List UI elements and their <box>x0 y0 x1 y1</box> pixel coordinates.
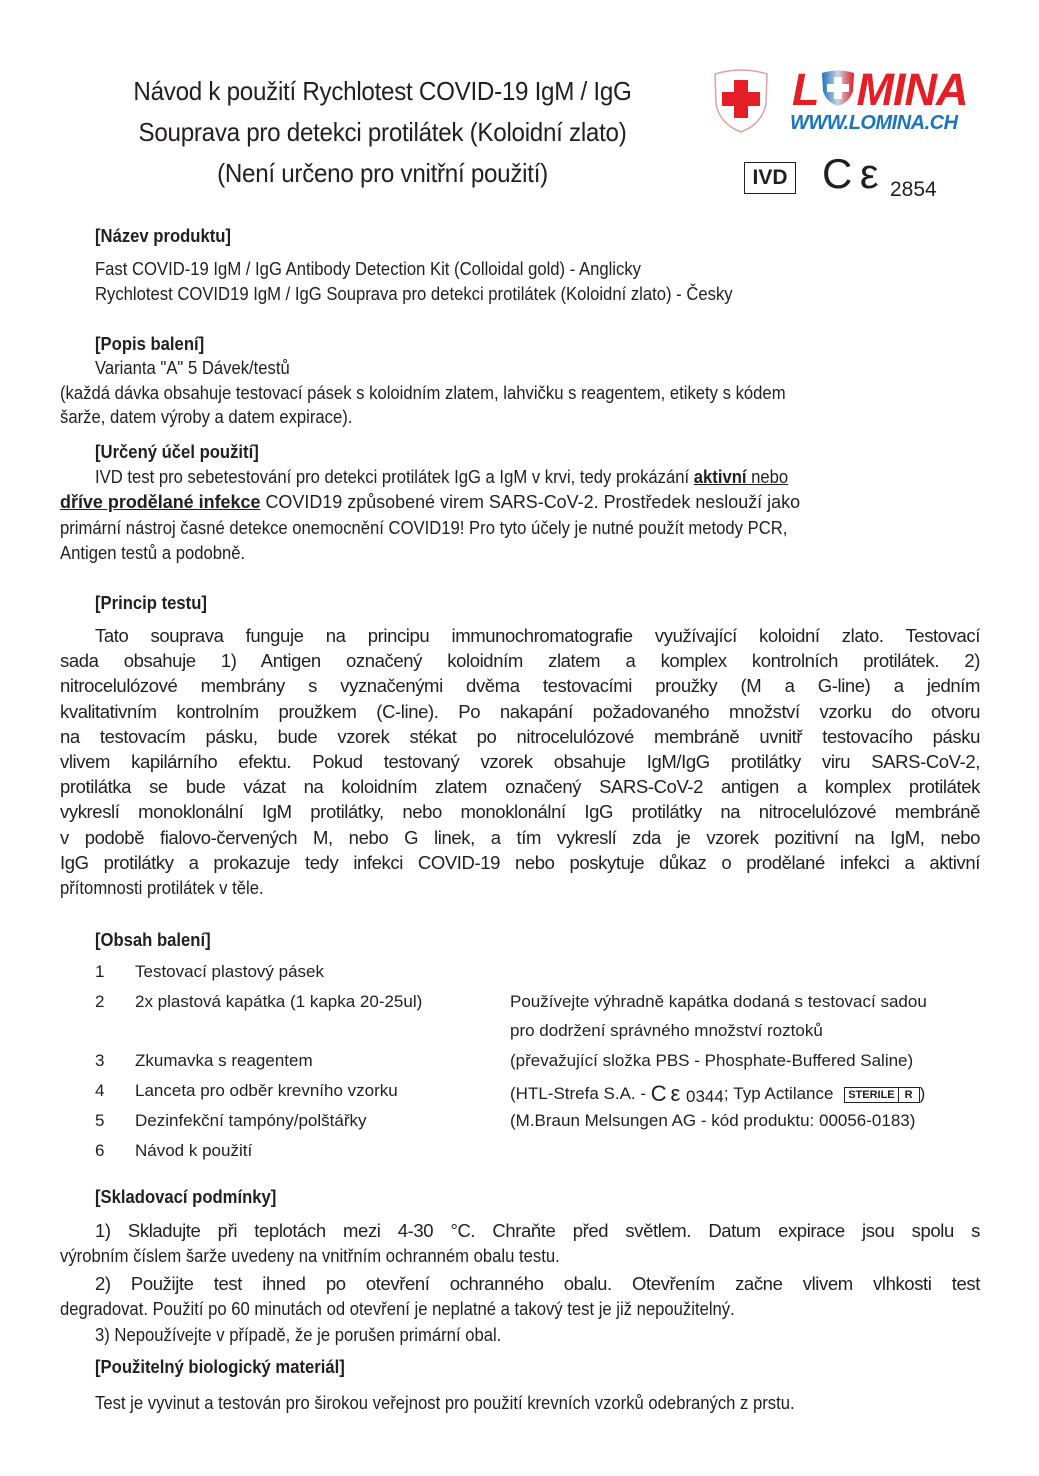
paragraph-line: nitrocelulózové membrány s vyznačenými d… <box>60 675 980 697</box>
section-heading-storage: [Skladovací podmínky] <box>95 1186 276 1208</box>
contents-item-note: (převažující složka PBS - Phosphate-Buff… <box>510 1051 913 1071</box>
section-heading-principle: [Princip testu] <box>95 592 207 614</box>
contents-item-number: 2 <box>95 992 104 1012</box>
biological-material-text: Test je vyvinut a testován pro širokou v… <box>95 1392 795 1414</box>
sterile-r-mark: STERILER <box>844 1087 919 1103</box>
paragraph-line: 2) Použijte test ihned po otevření ochra… <box>95 1273 980 1295</box>
contents-item-name: Zkumavka s reagentem <box>135 1051 313 1071</box>
intended-use-text: nebo <box>747 466 789 487</box>
section-heading-contents: [Obsah balení] <box>95 929 211 951</box>
document-title-line-2: Souprava pro detekci protilátek (Koloidn… <box>83 117 683 148</box>
section-heading-intended-use: [Určený účel použití] <box>95 441 259 463</box>
paragraph-line: vlivem kapilárního efektu. Pokud testova… <box>60 751 980 773</box>
section-heading-product-name: [Název produktu] <box>95 225 231 247</box>
document-title-line-3: (Není určeno pro vnitřní použití) <box>83 158 683 189</box>
paragraph-line: přítomnosti protilátek v těle. <box>60 877 264 899</box>
shield-o-icon <box>820 69 856 107</box>
contents-item-number: 3 <box>95 1051 104 1071</box>
paragraph-line: výrobním číslem šarže uvedeny na vnitřní… <box>60 1245 560 1267</box>
contents-item-number: 4 <box>95 1081 104 1101</box>
packaging-variant: Varianta "A" 5 Dávek/testů <box>95 357 290 379</box>
contents-item-note: pro dodržení správného množství roztoků <box>510 1021 823 1041</box>
paragraph-line: 1) Skladujte při teplotách mezi 4-30 °C.… <box>95 1220 980 1242</box>
contents-item-number: 6 <box>95 1141 104 1161</box>
intended-use-line-3: primární nástroj časné detekce onemocněn… <box>60 517 787 539</box>
paragraph-line: protilátka se bude vázat na koloidním zl… <box>60 776 980 798</box>
intended-use-text: COVID19 způsobené virem SARS-CoV-2. Pros… <box>260 491 800 512</box>
paragraph-line: sada obsahuje 1) Antigen označený koloid… <box>60 650 980 672</box>
paragraph-line: degradovat. Použití po 60 minutách od ot… <box>60 1298 735 1320</box>
contents-item-name: Lanceta pro odběr krevního vzorku <box>135 1081 398 1101</box>
contents-item-number: 1 <box>95 962 104 982</box>
packaging-description-line-1: (každá dávka obsahuje testovací pásek s … <box>60 382 981 404</box>
product-name-en: Fast COVID-19 IgM / IgG Antibody Detecti… <box>95 258 641 280</box>
logo-url: WWW.LOMINA.CH <box>790 112 958 135</box>
contents-item-note: Používejte výhradně kapátka dodaná s tes… <box>510 992 927 1012</box>
contents-item-number: 5 <box>95 1111 104 1131</box>
contents-item-note: (HTL-Strefa S.A. - C ε 0344; Typ Actilan… <box>510 1081 925 1107</box>
emphasis-active: aktivní <box>694 466 747 487</box>
notified-body-number: 2854 <box>890 178 937 202</box>
section-heading-packaging: [Popis balení] <box>95 333 204 355</box>
contents-item-name: Dezinfekční tampóny/polštářky <box>135 1111 367 1131</box>
contents-item-name: 2x plastová kapátka (1 kapka 20-25ul) <box>135 992 422 1012</box>
lomina-logo: L MINA WWW.LOMINA.CH <box>712 68 974 143</box>
paragraph-line: IgG protilátky a prokazuje tedy infekci … <box>60 852 980 874</box>
intended-use-line-4: Antigen testů a podobně. <box>60 542 245 564</box>
contents-item-name: Testovací plastový pásek <box>135 962 324 982</box>
ce-mark-icon: C ε <box>651 1081 682 1106</box>
swiss-cross-shield-icon <box>712 68 770 134</box>
section-heading-biological-material: [Použitelný biologický materiál] <box>95 1356 345 1378</box>
packaging-description-line-2: šarže, datem výroby a datem expirace). <box>60 406 352 428</box>
contents-item-name: Návod k použití <box>135 1141 252 1161</box>
product-name-cs: Rychlotest COVID19 IgM / IgG Souprava pr… <box>95 283 733 305</box>
paragraph-line: Tato souprava funguje na principu immuno… <box>95 625 980 647</box>
paragraph-line: 3) Nepoužívejte v případě, že je porušen… <box>95 1324 501 1346</box>
intended-use-line-2: dříve prodělané infekce COVID19 způsoben… <box>60 491 800 513</box>
intended-use-text: IVD test pro sebetestování pro detekci p… <box>95 466 694 487</box>
ivd-mark: IVD <box>744 162 796 194</box>
paragraph-line: v podobě fialovo-červených M, nebo G lin… <box>60 827 980 849</box>
logo-wordmark: L MINA <box>792 64 967 116</box>
contents-item-note: (M.Braun Melsungen AG - kód produktu: 00… <box>510 1111 915 1131</box>
paragraph-line: vykreslí monoklonální IgM protilátky, ne… <box>60 801 980 823</box>
document-title-line-1: Návod k použití Rychlotest COVID-19 IgM … <box>83 76 683 107</box>
intended-use-line-1: IVD test pro sebetestování pro detekci p… <box>95 466 788 488</box>
emphasis-past-infection: dříve prodělané infekce <box>60 491 260 512</box>
ce-mark-icon: C ε <box>822 152 881 196</box>
paragraph-line: na testovacím pásku, bude vzorek stékat … <box>60 726 980 748</box>
paragraph-line: kvalitativním kontrolním proužkem (C-lin… <box>60 701 980 723</box>
